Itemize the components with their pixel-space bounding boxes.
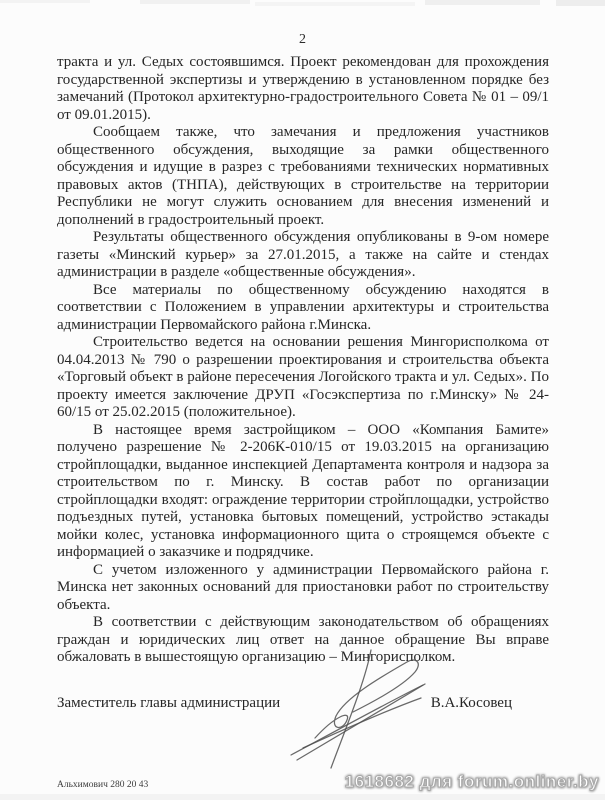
document-body: тракта и ул. Седых состоявшимся. Проект …: [57, 54, 549, 667]
page-number: 2: [0, 32, 605, 48]
executor-note: Альхимович 280 20 43: [57, 780, 148, 790]
scan-artifact: [0, 794, 605, 800]
forum-watermark: 1618682 для forum.onliner.by: [345, 772, 599, 792]
scan-artifact: [255, 2, 415, 6]
paragraph: Сообщаем также, что замечания и предложе…: [57, 124, 549, 229]
paragraph: тракта и ул. Седых состоявшимся. Проект …: [57, 54, 549, 124]
scan-artifact: [556, 0, 605, 6]
paragraph: Результаты общественного обсуждения опуб…: [57, 229, 549, 282]
scanned-letter-page: 2 тракта и ул. Седых состоявшимся. Проек…: [0, 0, 605, 800]
paragraph: Все материалы по общественному обсуждени…: [57, 282, 549, 335]
scan-artifact: [140, 0, 250, 4]
paragraph: С учетом изложенного у администрации Пер…: [57, 562, 549, 615]
signatory-name: В.А.Косовец: [431, 695, 512, 712]
scan-artifact: [0, 0, 90, 3]
scan-artifact: [425, 0, 540, 5]
signature-row: Заместитель главы администрации В.А.Косо…: [57, 695, 512, 712]
paragraph: Строительство ведется на основании решен…: [57, 334, 549, 422]
signatory-title: Заместитель главы администрации: [57, 695, 280, 712]
paragraph: В настоящее время застройщиком – ООО «Ко…: [57, 422, 549, 562]
